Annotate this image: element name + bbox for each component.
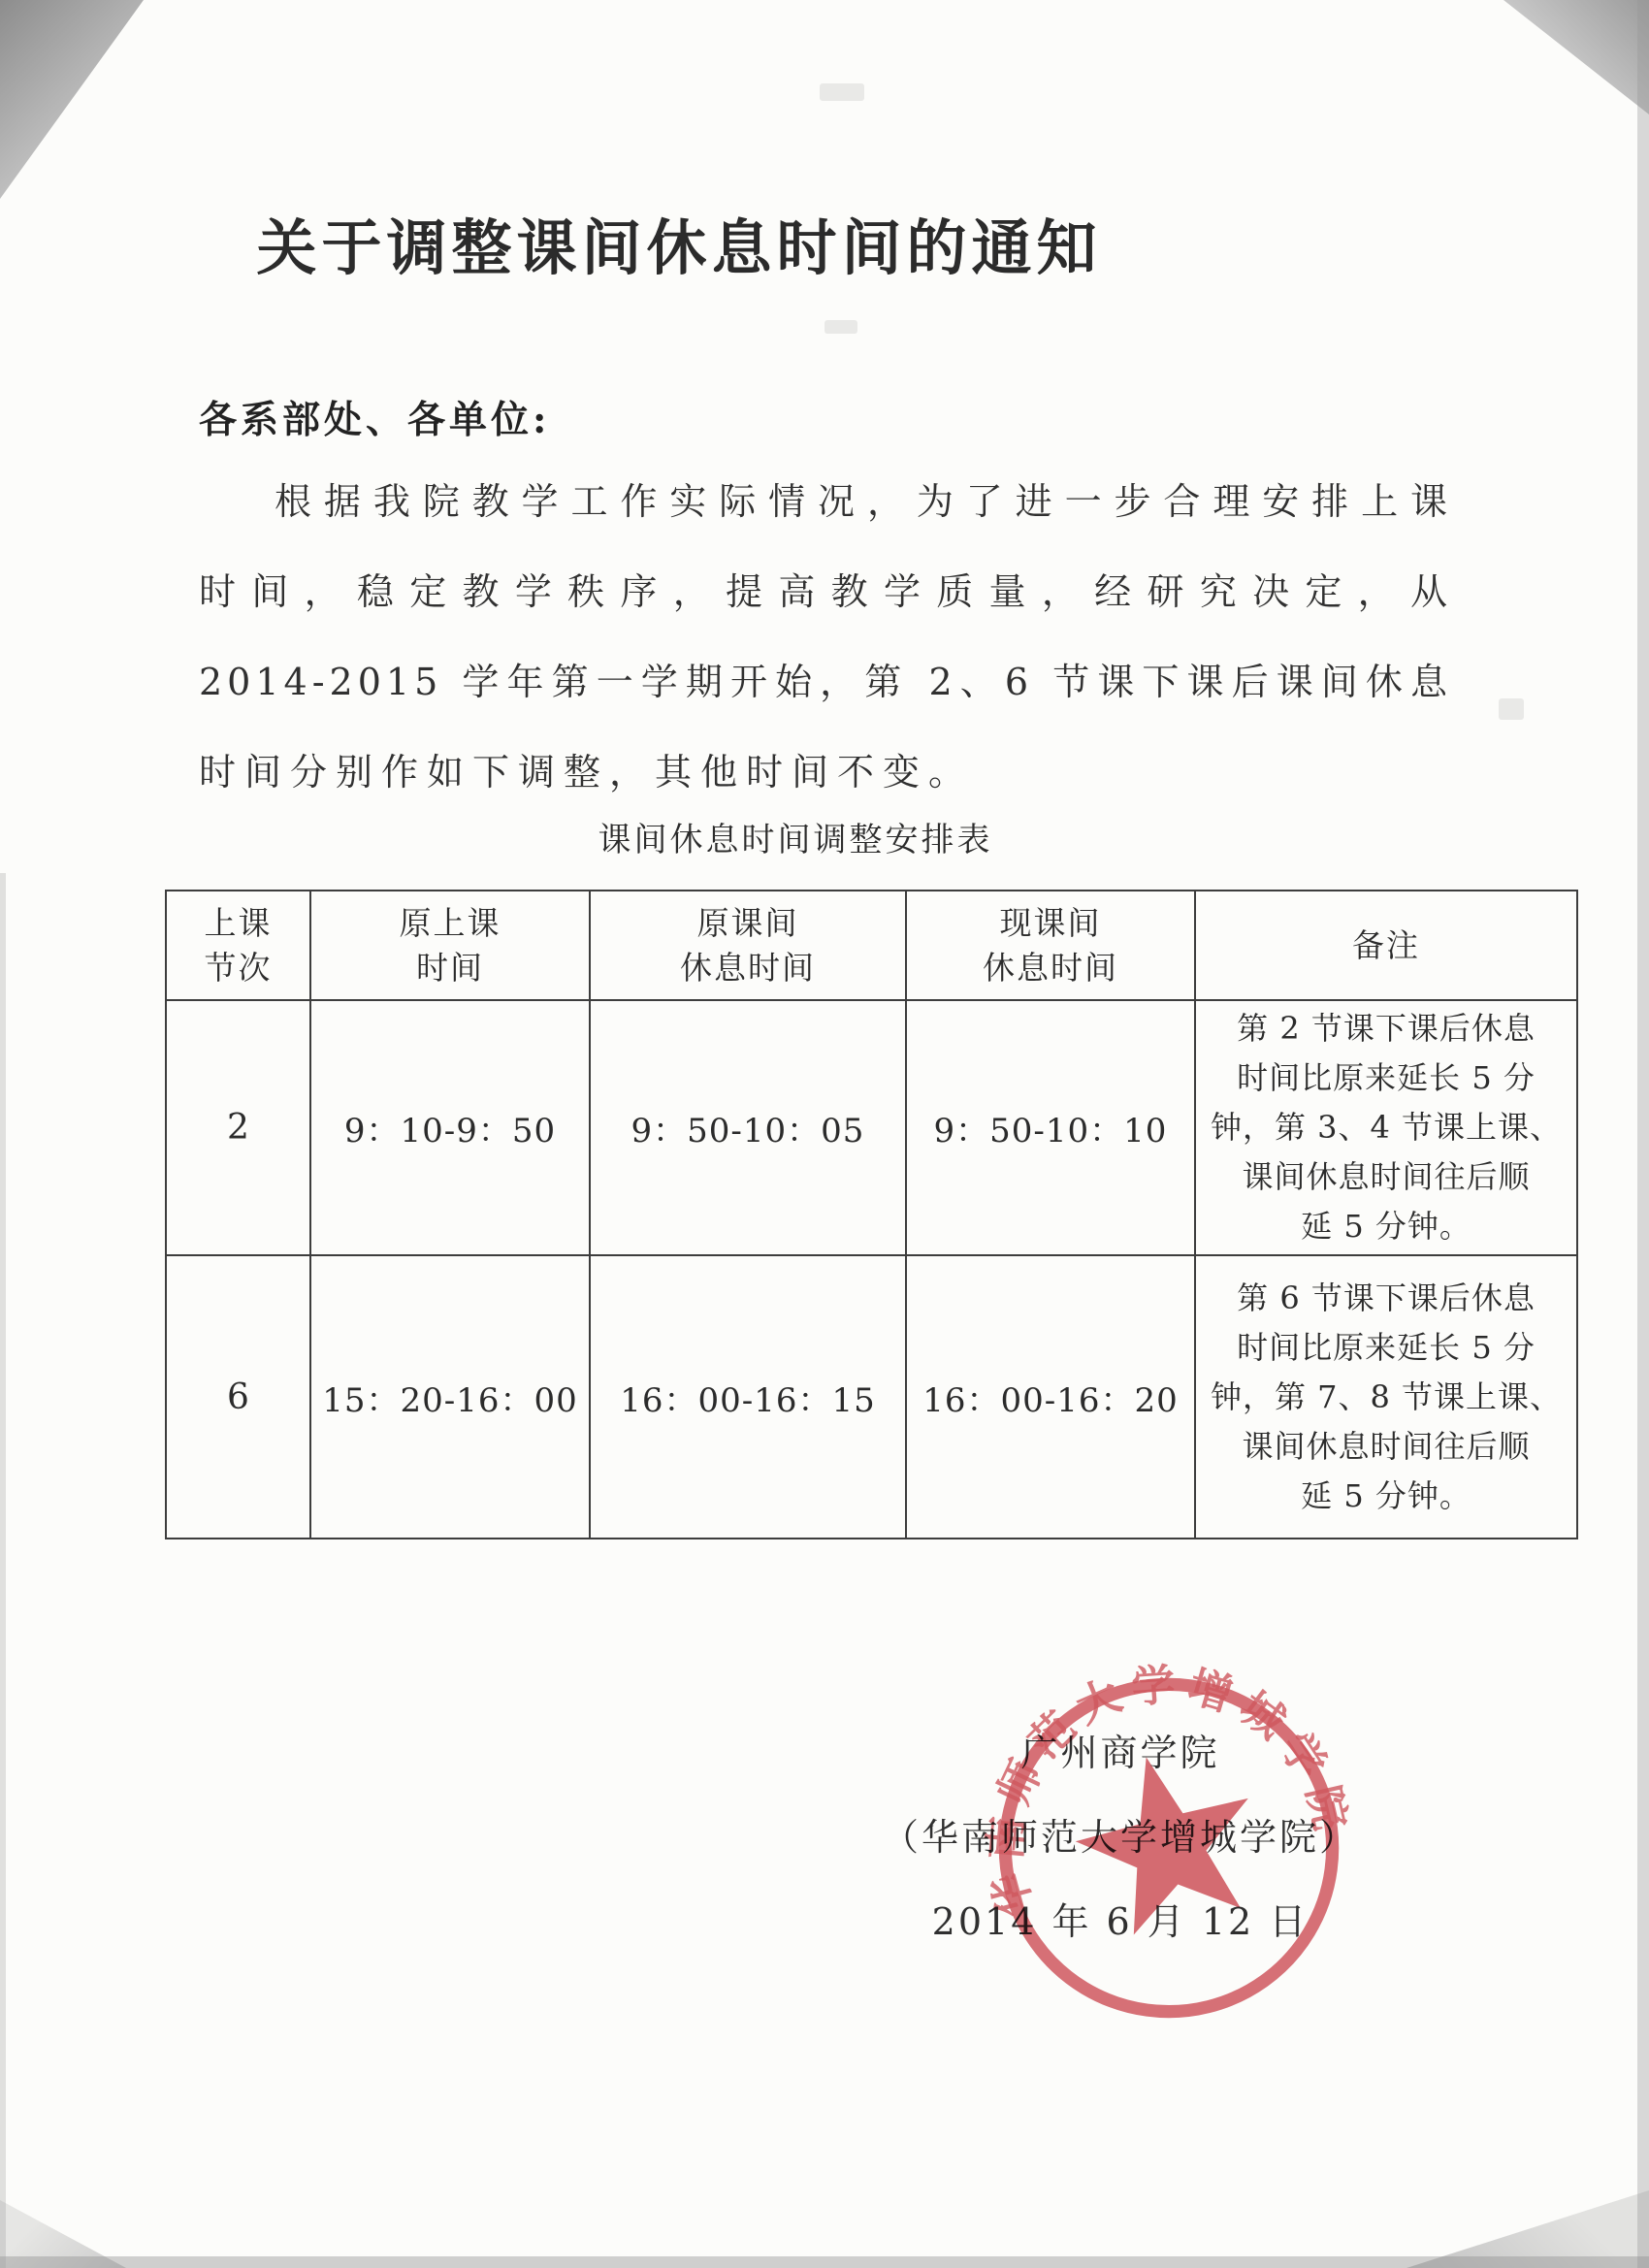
scan-smudge — [824, 320, 857, 334]
header-line: 时间 — [311, 946, 589, 990]
scan-corner-shadow-top-left — [0, 0, 144, 199]
scan-corner-shadow-top-right — [1503, 0, 1649, 114]
table-caption: 课间休息时间调整安排表 — [165, 813, 1426, 860]
official-seal: 华南师范大学增城学院 — [982, 1661, 1356, 2035]
document-title: 关于调整课间休息时间的通知 — [0, 200, 1358, 286]
header-line: 休息时间 — [907, 946, 1194, 990]
header-line: 上课 — [167, 901, 309, 946]
table-header-row: 上课 节次 原上课 时间 原课间 休息时间 现课间 休息时间 备注 — [166, 891, 1577, 1000]
header-original-break-time: 原课间 休息时间 — [590, 891, 906, 1000]
break-time-adjustment-table: 上课 节次 原上课 时间 原课间 休息时间 现课间 休息时间 备注 — [165, 890, 1578, 1539]
header-line: 备注 — [1196, 923, 1576, 968]
new-break-time-cell: 9：50-10：10 — [906, 1000, 1195, 1255]
table-row: 2 9：10-9：50 9：50-10：05 9：50-10：10 第 2 节课… — [166, 1000, 1577, 1255]
scan-edge-shadow-right — [1637, 0, 1649, 2268]
header-line: 节次 — [167, 946, 309, 990]
body-paragraph: 根据我院教学工作实际情况，为了进一步合理安排上课 时间，稳定教学秩序，提高教学质… — [199, 477, 1452, 838]
header-remarks: 备注 — [1195, 891, 1577, 1000]
scan-smudge — [1499, 698, 1524, 720]
scan-edge-shadow-bottom — [0, 2256, 1649, 2268]
seal-star-icon — [1060, 1735, 1274, 1943]
remark-cell: 第 6 节课下课后休息 时间比原来延长 5 分 钟，第 7、8 节课上课、 课间… — [1195, 1255, 1577, 1539]
header-class-period: 上课 节次 — [166, 891, 310, 1000]
scan-smudge — [820, 83, 864, 101]
new-break-time-cell: 16：00-16：20 — [906, 1255, 1195, 1539]
header-line: 现课间 — [907, 901, 1194, 946]
body-line-3: 2014-2015 学年第一学期开始，第 2、6 节课下课后课间休息 — [199, 658, 1452, 706]
body-line-4: 时间分别作如下调整，其他时间不变。 — [199, 748, 1452, 796]
salutation: 各系部处、各单位: — [199, 390, 550, 444]
header-new-break-time: 现课间 休息时间 — [906, 891, 1195, 1000]
header-line: 原课间 — [591, 901, 905, 946]
body-line-2: 时间，稳定教学秩序，提高教学质量，经研究决定，从 — [199, 567, 1452, 616]
header-line: 休息时间 — [591, 946, 905, 990]
original-class-time-cell: 15：20-16：00 — [310, 1255, 590, 1539]
period-cell: 2 — [166, 1000, 310, 1255]
original-break-time-cell: 16：00-16：15 — [590, 1255, 906, 1539]
scan-edge-shadow-left — [0, 873, 6, 2268]
header-original-class-time: 原上课 时间 — [310, 891, 590, 1000]
scanned-notice-page: 关于调整课间休息时间的通知 各系部处、各单位: 根据我院教学工作实际情况，为了进… — [0, 0, 1649, 2268]
header-line: 原上课 — [311, 901, 589, 946]
period-cell: 6 — [166, 1255, 310, 1539]
remark-cell: 第 2 节课下课后休息 时间比原来延长 5 分 钟，第 3、4 节课上课、 课间… — [1195, 1000, 1577, 1255]
table-row: 6 15：20-16：00 16：00-16：15 16：00-16：20 第 … — [166, 1255, 1577, 1539]
original-break-time-cell: 9：50-10：05 — [590, 1000, 906, 1255]
original-class-time-cell: 9：10-9：50 — [310, 1000, 590, 1255]
body-line-1: 根据我院教学工作实际情况，为了进一步合理安排上课 — [199, 477, 1452, 526]
